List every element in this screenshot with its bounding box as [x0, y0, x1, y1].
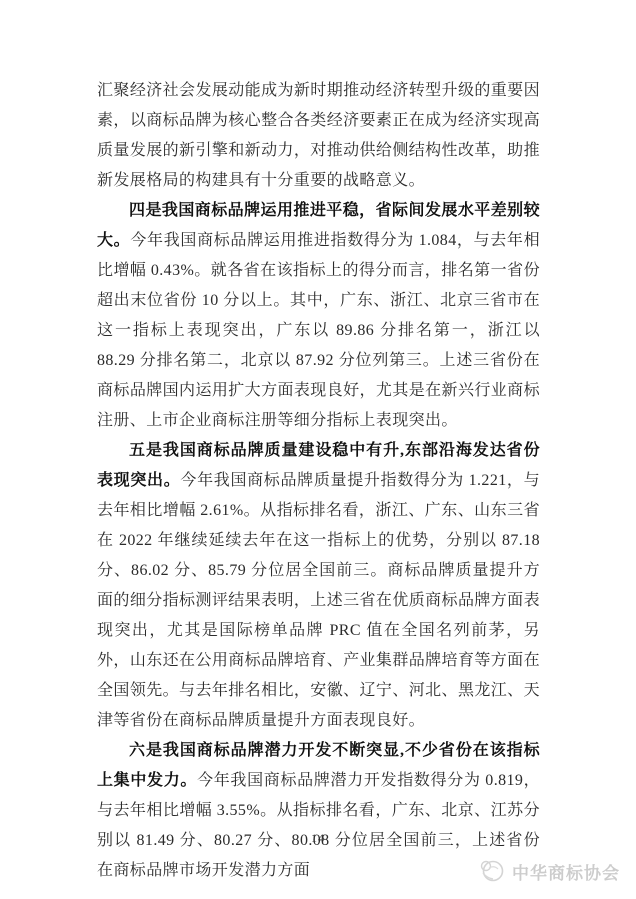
- text-content: 汇聚经济社会发展动能成为新时期推动经济转型升级的重要因素，以商标品牌为核心整合各…: [97, 76, 540, 886]
- association-logo-icon: [477, 856, 507, 886]
- paragraph-body: 今年我国商标品牌运用推进指数得分为 1.084，与去年相比增幅 0.43%。就各…: [97, 232, 540, 429]
- page-number: 14: [0, 831, 636, 846]
- document-page: 汇聚经济社会发展动能成为新时期推动经济转型升级的重要因素，以商标品牌为核心整合各…: [0, 0, 636, 899]
- paragraph-point-four: 四是我国商标品牌运用推进平稳，省际间发展水平差别较大。今年我国商标品牌运用推进指…: [97, 196, 540, 436]
- paragraph-continuation: 汇聚经济社会发展动能成为新时期推动经济转型升级的重要因素，以商标品牌为核心整合各…: [97, 76, 540, 196]
- paragraph-point-five: 五是我国商标品牌质量建设稳中有升,东部沿海发达省份表现突出。今年我国商标品牌质量…: [97, 436, 540, 736]
- paragraph-body: 汇聚经济社会发展动能成为新时期推动经济转型升级的重要因素，以商标品牌为核心整合各…: [97, 82, 540, 189]
- watermark-text: 中华商标协会: [512, 859, 620, 884]
- paragraph-point-six: 六是我国商标品牌潜力开发不断突显,不少省份在该指标上集中发力。今年我国商标品牌潜…: [97, 736, 540, 886]
- watermark: 中华商标协会: [477, 856, 620, 886]
- paragraph-body: 今年我国商标品牌质量提升指数得分为 1.221，与去年相比增幅 2.61%。从指…: [97, 472, 540, 729]
